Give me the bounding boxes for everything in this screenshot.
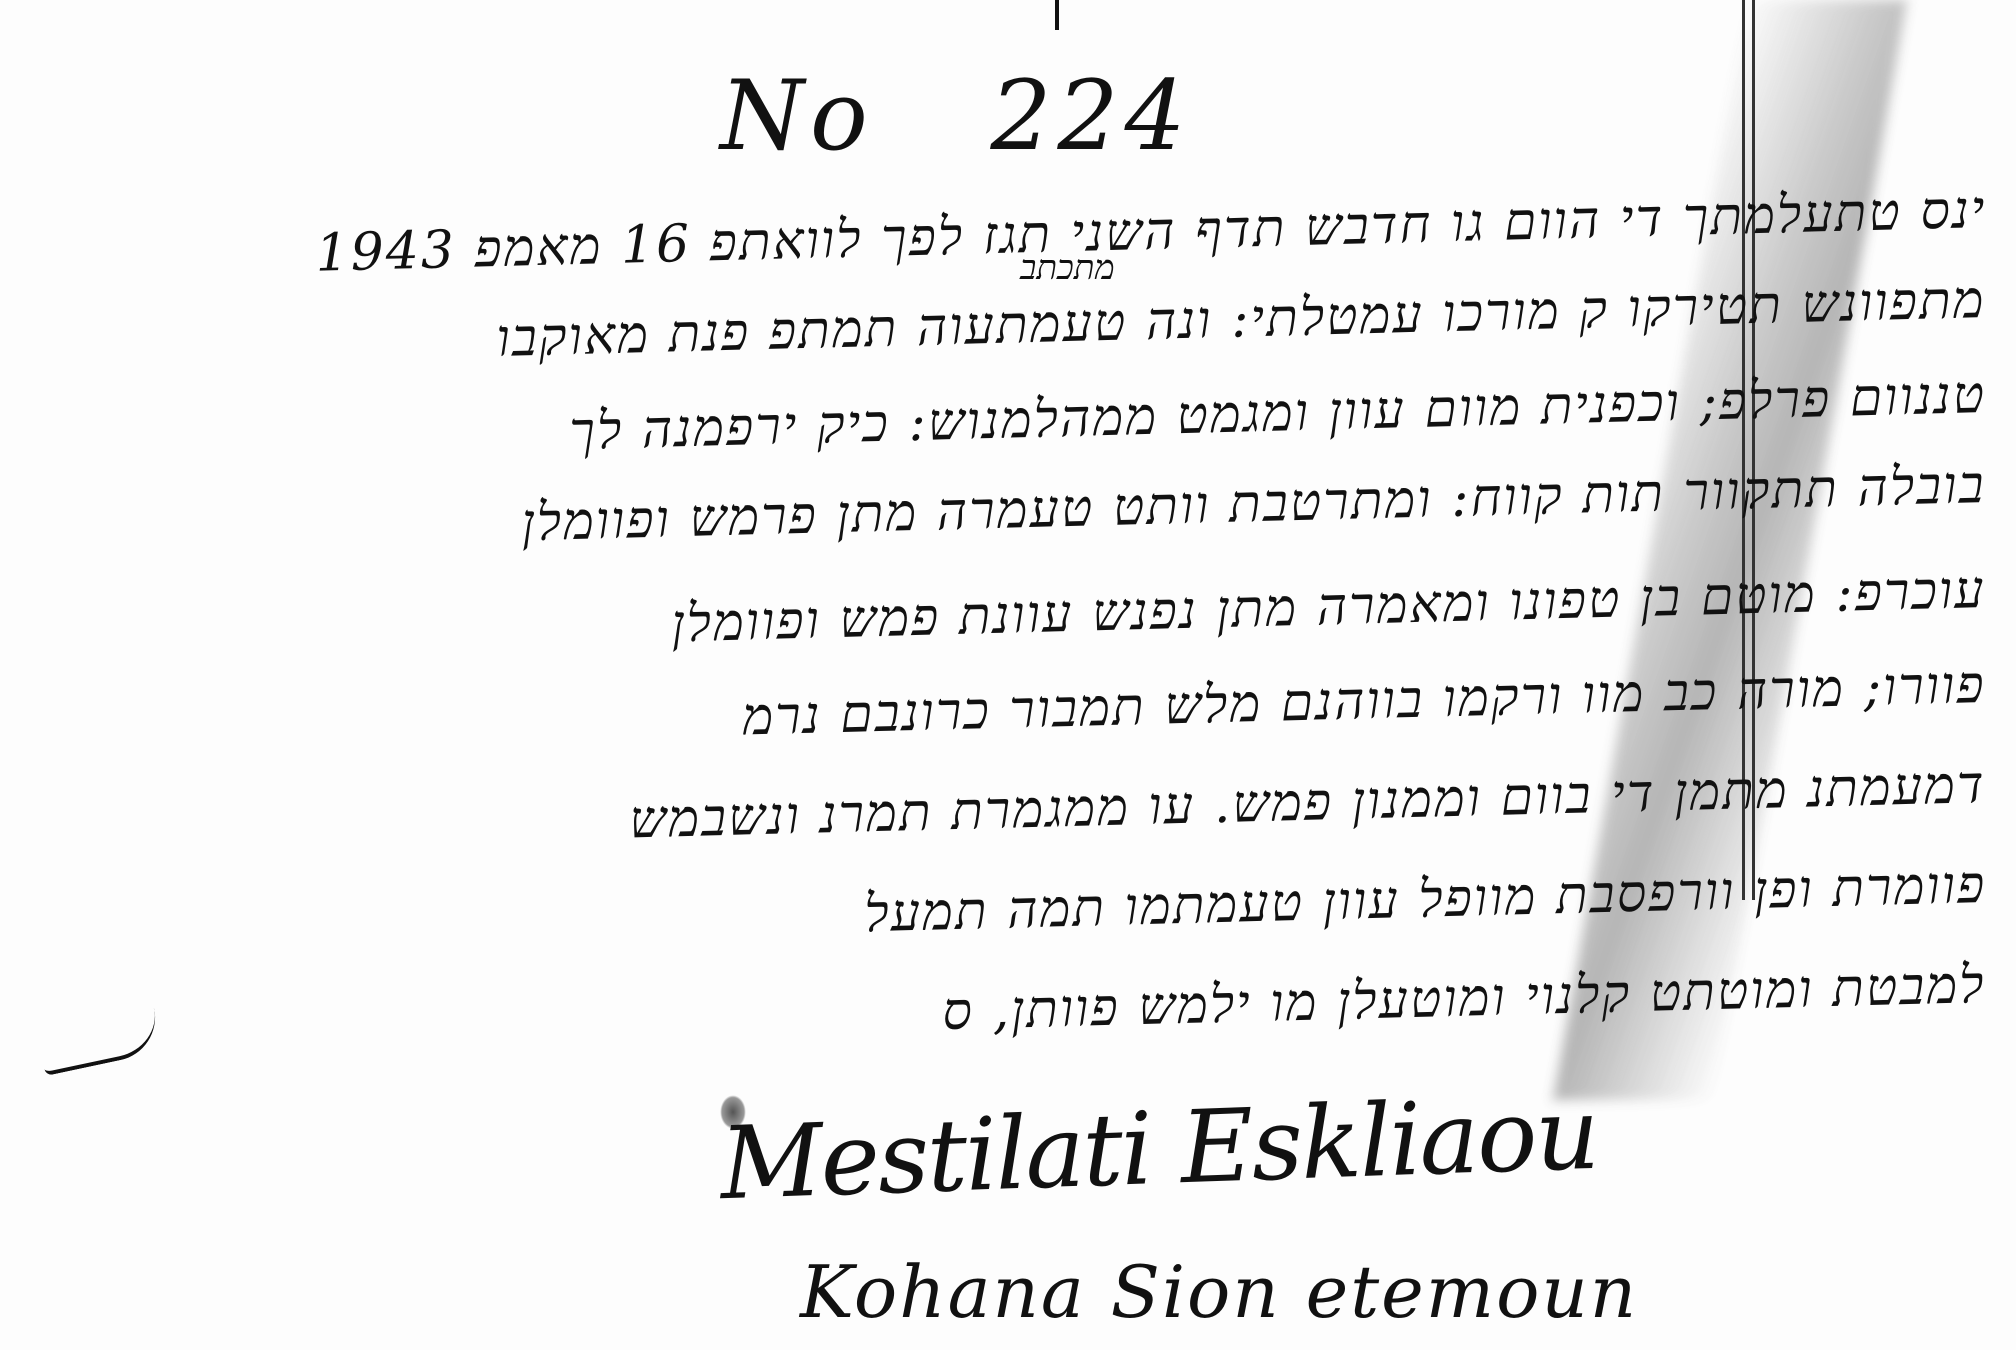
scanned-letter: No 224 מתכתב ינס טתעלמתך די הוום גו חדבש… <box>0 0 2016 1350</box>
number-value: 224 <box>990 60 1191 172</box>
signature-2: Kohana Sion etemoun <box>800 1250 1638 1334</box>
paper-fold-shadow <box>1553 0 1907 1100</box>
text-line-6: פוורו; מורה כב מוו ורקמו בווהנם מלש תמבו… <box>742 655 1987 748</box>
number-prefix: No <box>720 60 874 172</box>
text-line-9: למבטת ומוטתט קלנוי ומוטעלן מו ילמש פוותן… <box>942 955 1987 1042</box>
text-line-8: פוומרת ופן וורפסבת מוופל עוון טעמתמו תמה… <box>863 855 1986 944</box>
top-tick-mark <box>1055 0 1059 30</box>
text-line-7: דמעמתנ מתמן די בוום וממנון פמש. עו ממגמר… <box>629 755 1987 850</box>
document-number: No 224 <box>720 60 1192 172</box>
signature-1: Mestilati Eskliaou <box>718 1075 1599 1223</box>
closing-flourish <box>37 1008 164 1076</box>
